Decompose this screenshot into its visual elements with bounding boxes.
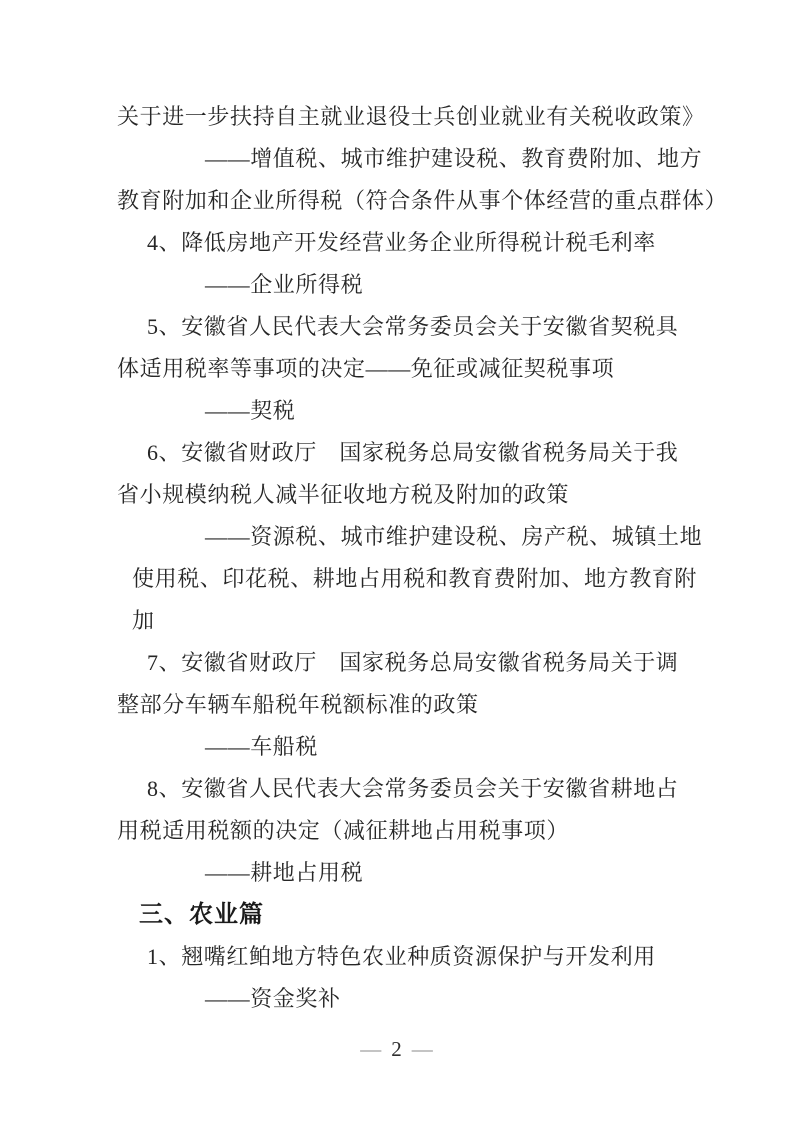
doc-line-item-6: 6、安徽省财政厅 国家税务总局安徽省税务局关于我 (117, 432, 703, 474)
doc-line: 加 (117, 600, 703, 642)
doc-line-dash: ——契税 (117, 390, 703, 432)
document-body: 关于进一步扶持自主就业退役士兵创业就业有关税收政策》 ——增值税、城市维护建设税… (117, 96, 703, 1020)
doc-line-dash: ——企业所得税 (117, 264, 703, 306)
doc-line-item-8: 8、安徽省人民代表大会常务委员会关于安徽省耕地占 (117, 768, 703, 810)
doc-line-item-4: 4、降低房地产开发经营业务企业所得税计税毛利率 (117, 222, 703, 264)
doc-line: 省小规模纳税人减半征收地方税及附加的政策 (117, 474, 703, 516)
doc-line-item-1: 1、翘嘴红鲌地方特色农业种质资源保护与开发利用 (117, 936, 703, 978)
doc-line: 整部分车辆车船税年税额标准的政策 (117, 684, 703, 726)
doc-line-dash: ——耕地占用税 (117, 852, 703, 894)
footer-right-dash: — (412, 1037, 433, 1061)
doc-line: 使用税、印花税、耕地占用税和教育费附加、地方教育附 (117, 558, 703, 600)
doc-line-dash: ——增值税、城市维护建设税、教育费附加、地方 (117, 138, 703, 180)
doc-line-item-5: 5、安徽省人民代表大会常务委员会关于安徽省契税具 (117, 306, 703, 348)
doc-line-dash: ——资金奖补 (117, 978, 703, 1020)
doc-line: 用税适用税额的决定（减征耕地占用税事项） (117, 810, 703, 852)
document-page: 关于进一步扶持自主就业退役士兵创业就业有关税收政策》 ——增值税、城市维护建设税… (0, 0, 793, 1122)
doc-line-dash: ——资源税、城市维护建设税、房产税、城镇土地 (117, 516, 703, 558)
page-number: 2 (391, 1037, 402, 1061)
doc-line: 体适用税率等事项的决定——免征或减征契税事项 (117, 348, 703, 390)
doc-line-dash: ——车船税 (117, 726, 703, 768)
doc-line: 教育附加和企业所得税（符合条件从事个体经营的重点群体） (117, 180, 703, 222)
doc-line-item-7: 7、安徽省财政厅 国家税务总局安徽省税务局关于调 (117, 642, 703, 684)
footer-left-dash: — (360, 1037, 381, 1061)
section-heading-agriculture: 三、农业篇 (117, 894, 703, 936)
doc-line: 关于进一步扶持自主就业退役士兵创业就业有关税收政策》 (117, 96, 703, 138)
page-number-footer: —2— (0, 1036, 793, 1062)
